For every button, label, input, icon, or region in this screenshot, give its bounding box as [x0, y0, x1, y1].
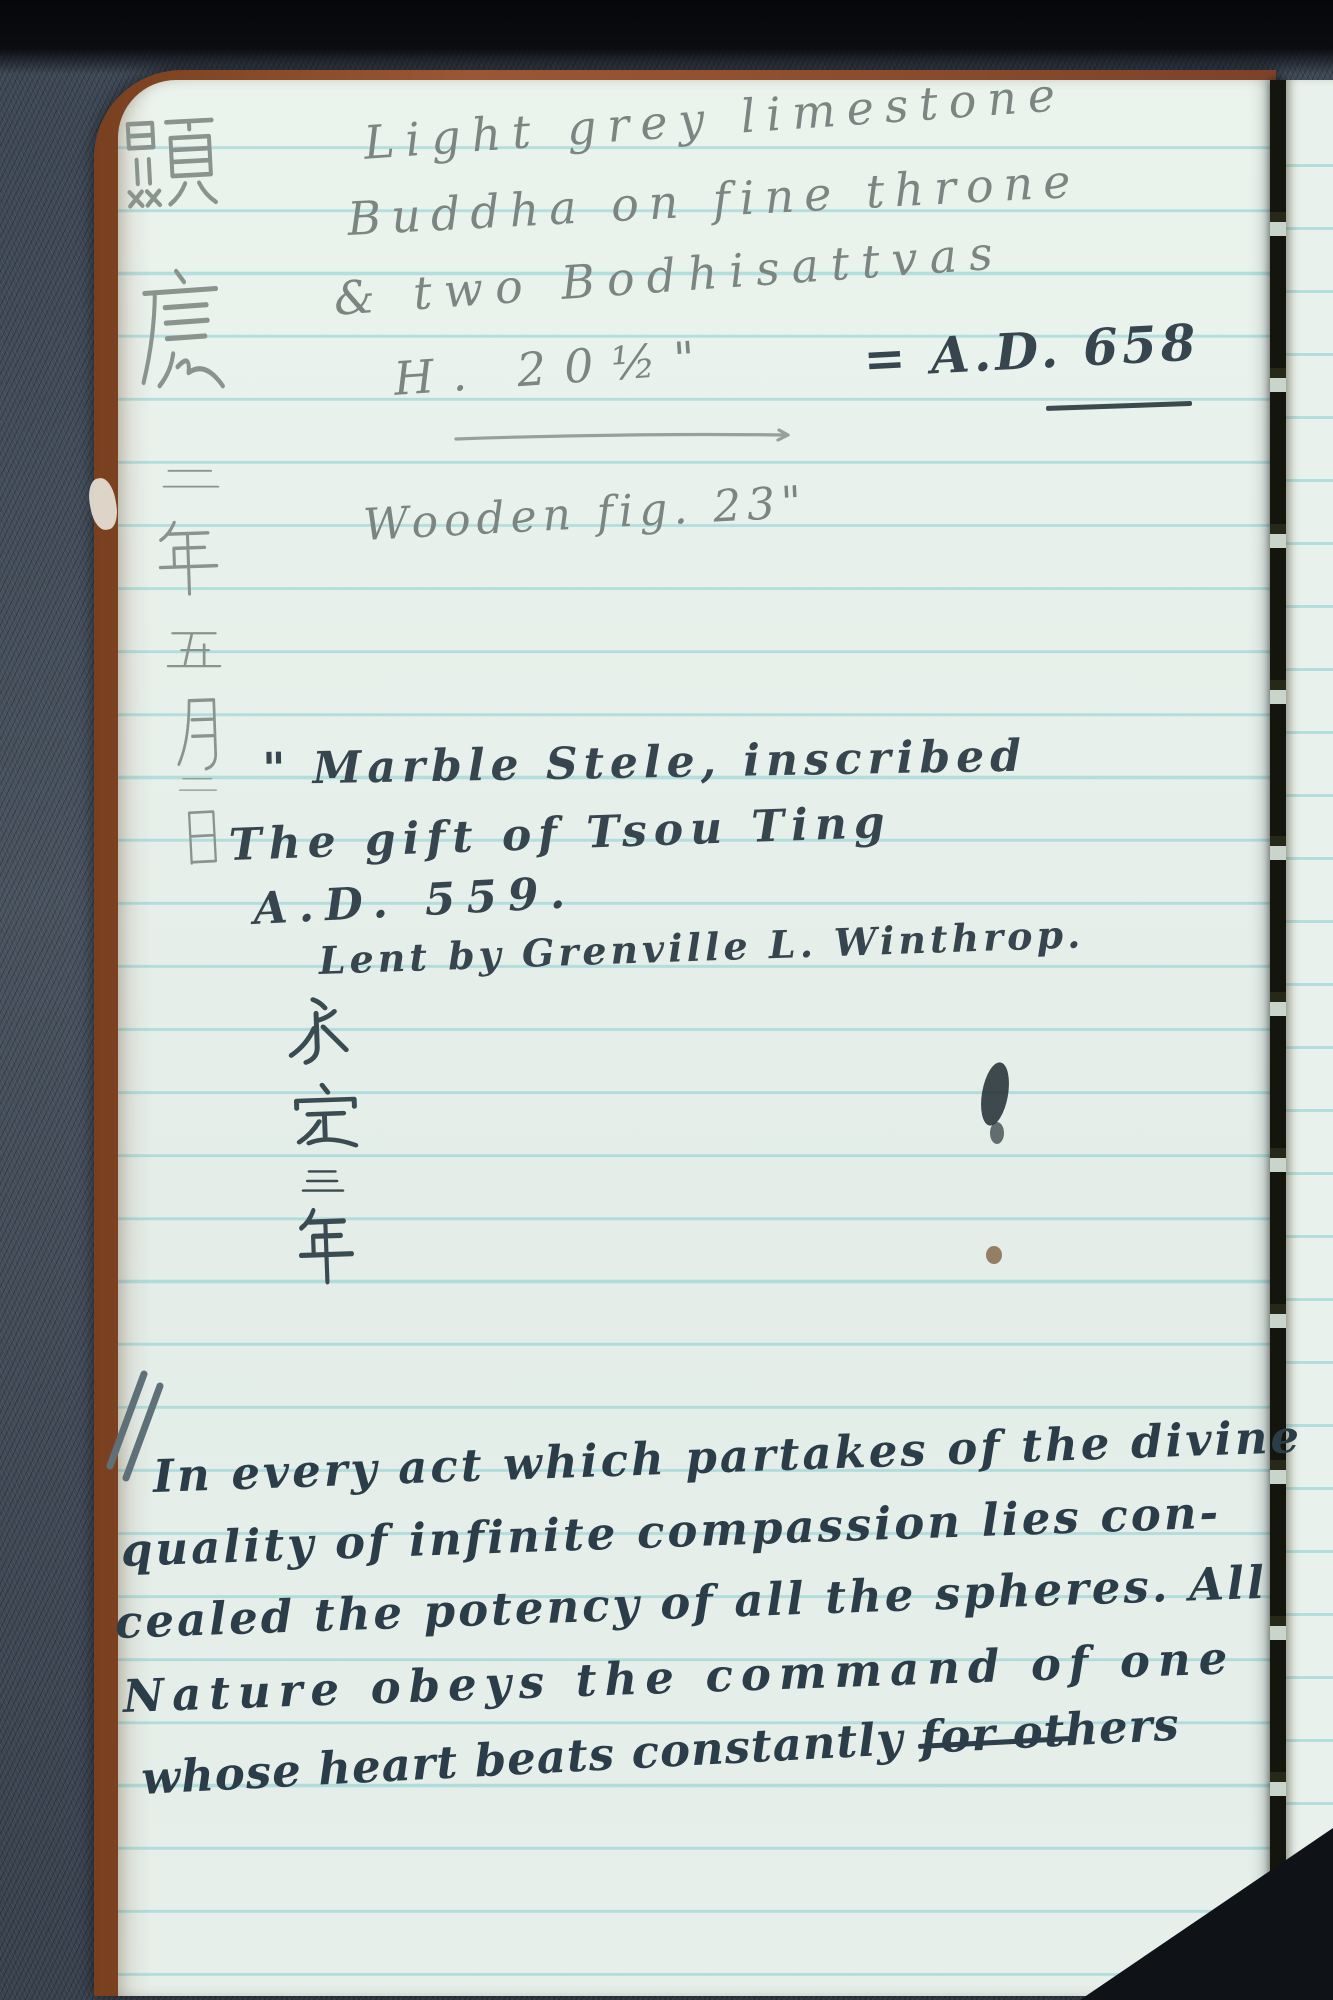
notebook-photo: Light grey limestone Buddha on fine thro… — [0, 0, 1333, 2000]
margin-character-pencil — [172, 770, 224, 798]
margin-character-pencil — [160, 687, 235, 777]
stain-spot — [986, 1246, 1002, 1264]
pencil-underline-arrow — [452, 424, 812, 448]
margin-character-ink — [281, 1078, 372, 1161]
margin-character-pencil — [144, 511, 229, 606]
ink-smudge — [990, 1122, 1004, 1144]
margin-character-pencil — [115, 105, 234, 239]
margin-character-pencil — [152, 455, 230, 501]
binding-gutter-stitching — [1270, 80, 1286, 1996]
margin-character-ink — [296, 1164, 350, 1198]
margin-character-pencil — [123, 258, 245, 407]
margin-character-ink — [286, 1199, 363, 1294]
margin-character-pencil — [170, 800, 236, 875]
margin-character-pencil — [158, 622, 230, 682]
dark-top-shadow — [0, 0, 1333, 74]
facing-page-sliver — [1286, 80, 1333, 1996]
margin-character-ink — [275, 991, 362, 1074]
